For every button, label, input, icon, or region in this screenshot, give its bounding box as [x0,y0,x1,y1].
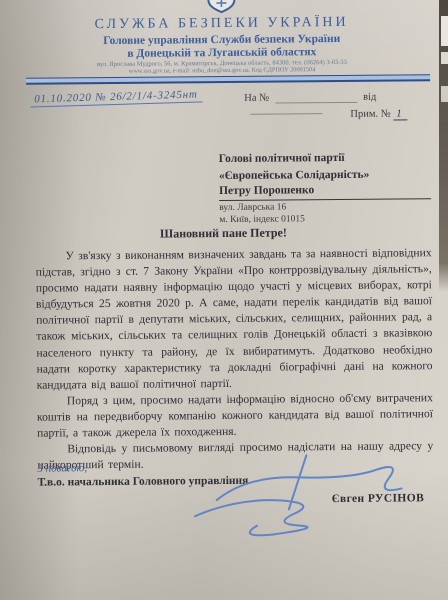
recipient-position: Голові політичної партії [219,152,345,165]
reply-number-blank [275,92,357,104]
body-paragraph-1: У зв'язку з виконанням визначених завдан… [36,245,433,393]
body-paragraph-2: Поряд з цим, просимо надати інформацію в… [37,390,433,442]
reply-from-label: від [363,92,376,103]
handwritten-copy-number: 1 [393,108,407,120]
reply-to-label: На № [244,93,269,104]
recipient-party: «Європейська Солідарність» [219,169,370,182]
copy-number-line: Прим. № 1 [350,108,407,119]
letter-document: СЛУЖБА БЕЗПЕКИ УКРАЇНИ Головне управлінн… [0,0,448,600]
letterhead-divider [26,74,430,85]
recipient-block: Голові політичної партії «Європейська Со… [219,148,435,226]
reply-date-blank [250,103,322,115]
body-paragraph-3: Відповідь у письмовому вигляді просимо н… [37,438,433,474]
salutation: Шановний пане Петре! [0,224,447,243]
reply-reference-line: На №від [244,91,446,115]
signer-title: Т.в.о. начальника Головного управління [38,475,249,489]
letter-body: У зв'язку з виконанням визначених завдан… [36,245,434,474]
copy-label: Прим. № [350,109,390,120]
recipient-name: Петру Порошенко [219,182,431,201]
handwritten-outgoing-number: 01.10.2020 № 26/2/1/4-3245нт [30,88,202,107]
organization-name: СЛУЖБА БЕЗПЕКИ УКРАЇНИ [0,14,446,34]
closing-phrase: З повагою, [37,462,87,474]
signer-name: Євген РУСІНОВ [332,492,425,505]
